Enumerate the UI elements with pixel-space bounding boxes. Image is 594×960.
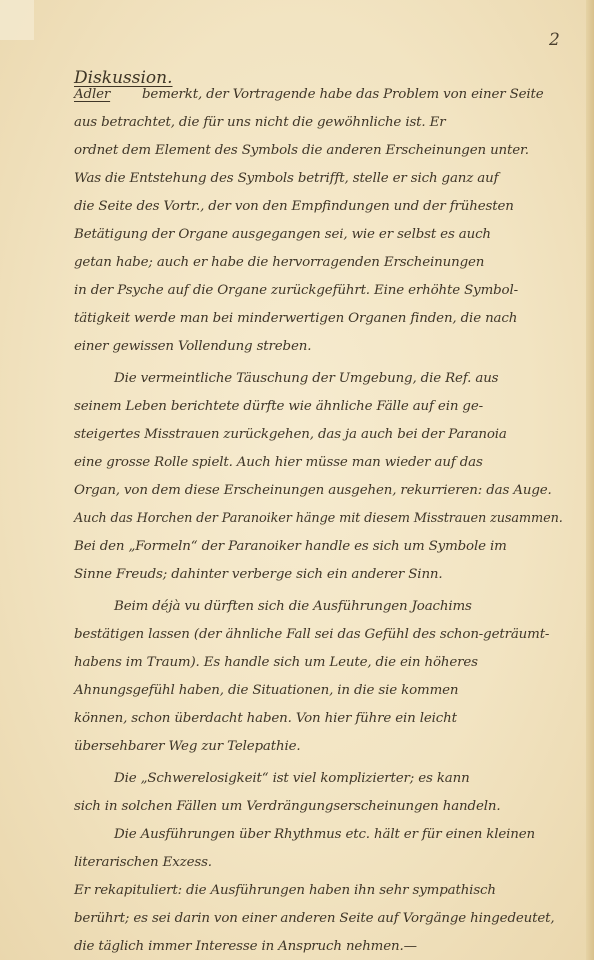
manuscript-line: eine grosse Rolle spielt. Auch hier müss… (74, 455, 483, 470)
speaker-name: Adler (74, 87, 110, 102)
manuscript-line: einer gewissen Vollendung streben. (74, 339, 311, 354)
manuscript-line: Auch das Horchen der Paranoiker hänge mi… (74, 511, 563, 526)
paper-corner-fade (0, 0, 34, 40)
manuscript-line: Betätigung der Organe ausgegangen sei, w… (74, 227, 491, 242)
manuscript-line: Was die Entstehung des Symbols betrifft,… (74, 171, 498, 186)
manuscript-page: 2 Diskussion. Adler bemerkt, der Vortrag… (0, 0, 594, 960)
section-title: Diskussion. (74, 68, 173, 88)
manuscript-line: getan habe; auch er habe die hervorragen… (74, 255, 484, 270)
manuscript-line: Ahnungsgefühl haben, die Situationen, in… (74, 683, 458, 698)
manuscript-line: berührt; es sei darin von einer anderen … (74, 911, 554, 926)
manuscript-line: Die Ausführungen über Rhythmus etc. hält… (114, 827, 535, 842)
manuscript-line: die Seite des Vortr., der von den Empfin… (74, 199, 514, 214)
manuscript-line: tätigkeit werde man bei minderwertigen O… (74, 311, 517, 326)
manuscript-line: Bei den „Formeln“ der Paranoiker handle … (74, 539, 507, 554)
manuscript-line: in der Psyche auf die Organe zurückgefüh… (74, 283, 518, 298)
manuscript-line: Er rekapituliert: die Ausführungen haben… (74, 883, 496, 898)
manuscript-line: bemerkt, der Vortragende habe das Proble… (142, 87, 544, 102)
manuscript-line: ordnet dem Element des Symbols die ander… (74, 143, 529, 158)
page-number: 2 (549, 30, 560, 50)
manuscript-line: steigertes Misstrauen zurückgehen, das j… (74, 427, 507, 442)
manuscript-line: Beim déjà vu dürften sich die Ausführung… (114, 599, 472, 614)
manuscript-line: habens im Traum). Es handle sich um Leut… (74, 655, 478, 670)
manuscript-line: seinem Leben berichtete dürfte wie ähnli… (74, 399, 483, 414)
manuscript-line: Die vermeintliche Täuschung der Umgebung… (114, 371, 498, 386)
manuscript-line: Organ, von dem diese Erscheinungen ausge… (74, 483, 552, 498)
manuscript-line: Sinne Freuds; dahinter verberge sich ein… (74, 567, 443, 582)
manuscript-line: Die „Schwerelosigkeit“ ist viel komplizi… (114, 771, 470, 786)
manuscript-line: bestätigen lassen (der ähnliche Fall sei… (74, 627, 549, 642)
paper-right-edge (586, 0, 594, 960)
manuscript-line: sich in solchen Fällen um Verdrängungser… (74, 799, 500, 814)
manuscript-line: literarischen Exzess. (74, 855, 212, 870)
manuscript-line: können, schon überdacht haben. Von hier … (74, 711, 457, 726)
manuscript-line: die täglich immer Interesse in Anspruch … (74, 939, 417, 954)
speaker-line: Adler (74, 87, 120, 102)
manuscript-line: übersehbarer Weg zur Telepathie. (74, 739, 301, 754)
manuscript-line: aus betrachtet, die für uns nicht die ge… (74, 115, 446, 130)
